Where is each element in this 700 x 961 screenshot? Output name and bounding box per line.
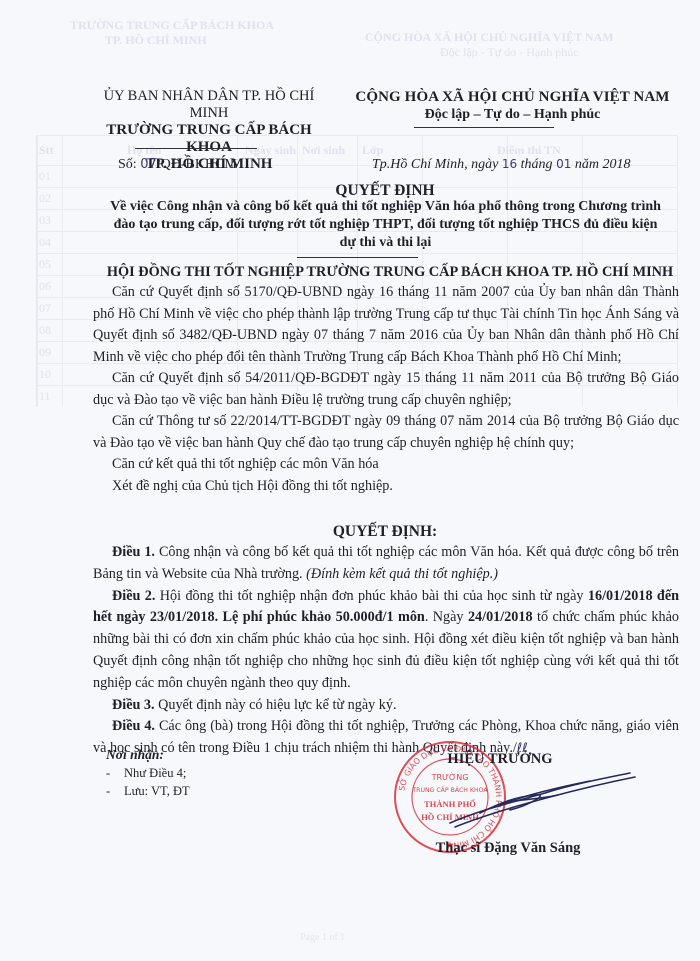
legal-basis-2: Căn cứ Quyết định số 54/2011/QĐ-BGDĐT ng… [93, 368, 679, 411]
ghost-row-number: 08 [39, 323, 51, 338]
ghost-row-number: 03 [39, 213, 51, 228]
ghost-header-left-1: TRƯỜNG TRUNG CẤP BÁCH KHOA [70, 18, 274, 33]
issue-date: Tp.Hồ Chí Minh, ngày 16 tháng 01 năm 201… [372, 157, 630, 173]
signatory-name: Thạc sĩ Đặng Văn Sáng [398, 840, 618, 857]
ghost-row-number: 06 [39, 279, 51, 294]
ghost-row-number: 04 [39, 235, 51, 250]
council-name: HỘI ĐỒNG THI TỐT NGHIỆP TRƯỜNG TRUNG CẤP… [100, 264, 680, 281]
legal-basis-5: Xét đề nghị của Chủ tịch Hội đồng thi tố… [93, 476, 679, 498]
ghost-row-number: 09 [39, 345, 51, 360]
number-suffix: /QĐ-BKHCM [157, 157, 237, 172]
ghost-row-number: 01 [39, 169, 51, 184]
article-3-text: Quyết định này có hiệu lực kể từ ngày ký… [155, 697, 397, 713]
date-year: năm 2018 [575, 157, 631, 172]
article-1-label: Điều 1. [112, 544, 155, 560]
ghost-header-right-1: CỘNG HÒA XÃ HỘI CHỦ NGHĨA VIỆT NAM [365, 30, 614, 45]
article-2-text-1: Hội đồng thi tốt nghiệp nhận đơn phúc kh… [155, 588, 588, 604]
document-number: Số: 07/QĐ-BKHCM [118, 157, 237, 173]
number-value: 07 [140, 157, 157, 172]
date-day: 16 [502, 157, 517, 171]
nation-title: CỘNG HÒA XÃ HỘI CHỦ NGHĨA VIỆT NAM [355, 88, 670, 106]
recipient-text: Như Điều 4; [124, 764, 186, 782]
article-1: Điều 1. Công nhận và công bố kết quả thi… [93, 542, 679, 586]
date-month: 01 [556, 157, 571, 171]
ghost-row-number: 05 [39, 257, 51, 272]
ghost-header-right-2: Độc lập - Tự do - Hạnh phúc [440, 45, 579, 60]
articles: Điều 1. Công nhận và công bố kết quả thi… [93, 542, 679, 760]
legal-basis-3: Căn cứ Thông tư số 22/2014/TT-BGDĐT ngày… [93, 411, 679, 454]
legal-bases: Căn cứ Quyết định số 5170/QĐ-UBND ngày 1… [93, 282, 679, 497]
ghost-row-number: 02 [39, 191, 51, 206]
national-header: CỘNG HÒA XÃ HỘI CHỦ NGHĨA VIỆT NAM Độc l… [355, 88, 670, 124]
article-2: Điều 2. Hội đồng thi tốt nghiệp nhận đơn… [93, 586, 679, 695]
recipients-block: Nơi nhận: -Như Điều 4; -Lưu: VT, ĐT [106, 746, 190, 800]
signature-icon [440, 765, 640, 835]
article-3-label: Điều 3. [112, 697, 155, 713]
ghost-table-header: Điểm thi TN [497, 143, 561, 158]
decision-subject: Về việc Công nhận và công bố kết quả thi… [108, 198, 663, 252]
number-label: Số: [118, 157, 137, 172]
recipient-item: -Lưu: VT, ĐT [106, 782, 190, 800]
ghost-table-rule [37, 253, 677, 254]
ghost-header-left-2: TP. HỒ CHÍ MINH [105, 33, 207, 48]
national-motto: Độc lập – Tự do – Hạnh phúc [355, 106, 670, 124]
motto-divider [414, 127, 554, 128]
article-1-note: (Đính kèm kết quả thi tốt nghiệp.) [306, 566, 498, 582]
article-2-review-date: 24/01/2018 [468, 609, 533, 625]
ghost-page-footer: Page 1 of 1 [300, 932, 345, 943]
ghost-table-col [37, 135, 38, 407]
recipients-label: Nơi nhận: [106, 746, 190, 764]
document-page: TRƯỜNG TRUNG CẤP BÁCH KHOA TP. HỒ CHÍ MI… [0, 0, 700, 961]
date-prefix: Tp.Hồ Chí Minh, ngày [372, 157, 498, 172]
ghost-row-number: 11 [39, 389, 51, 404]
article-4-label: Điều 4. [112, 718, 155, 734]
ghost-table-header: Stt [39, 143, 54, 158]
authority-name: ỦY BAN NHÂN DÂN TP. HỒ CHÍ MINH [88, 88, 330, 122]
legal-basis-1: Căn cứ Quyết định số 5170/QĐ-UBND ngày 1… [93, 282, 679, 368]
recipient-item: -Như Điều 4; [106, 764, 190, 782]
article-3: Điều 3. Quyết định này có hiệu lực kể từ… [93, 695, 679, 717]
ghost-table-header: Lớp [362, 143, 383, 158]
decides-heading: QUYẾT ĐỊNH: [90, 523, 680, 541]
date-month-label: tháng [521, 157, 553, 172]
issuer-divider [135, 148, 257, 149]
school-name-line1: TRƯỜNG TRUNG CẤP BÁCH KHOA [88, 122, 330, 156]
article-2-label: Điều 2. [112, 588, 155, 604]
recipient-text: Lưu: VT, ĐT [124, 782, 190, 800]
subject-divider [297, 257, 418, 258]
legal-basis-4: Căn cứ kết quả thi tốt nghiệp các môn Vă… [93, 454, 679, 476]
ghost-table-col [62, 135, 63, 407]
ghost-row-number: 07 [39, 301, 51, 316]
article-2-text-2: . Ngày [425, 609, 468, 625]
ghost-row-number: 10 [39, 367, 51, 382]
